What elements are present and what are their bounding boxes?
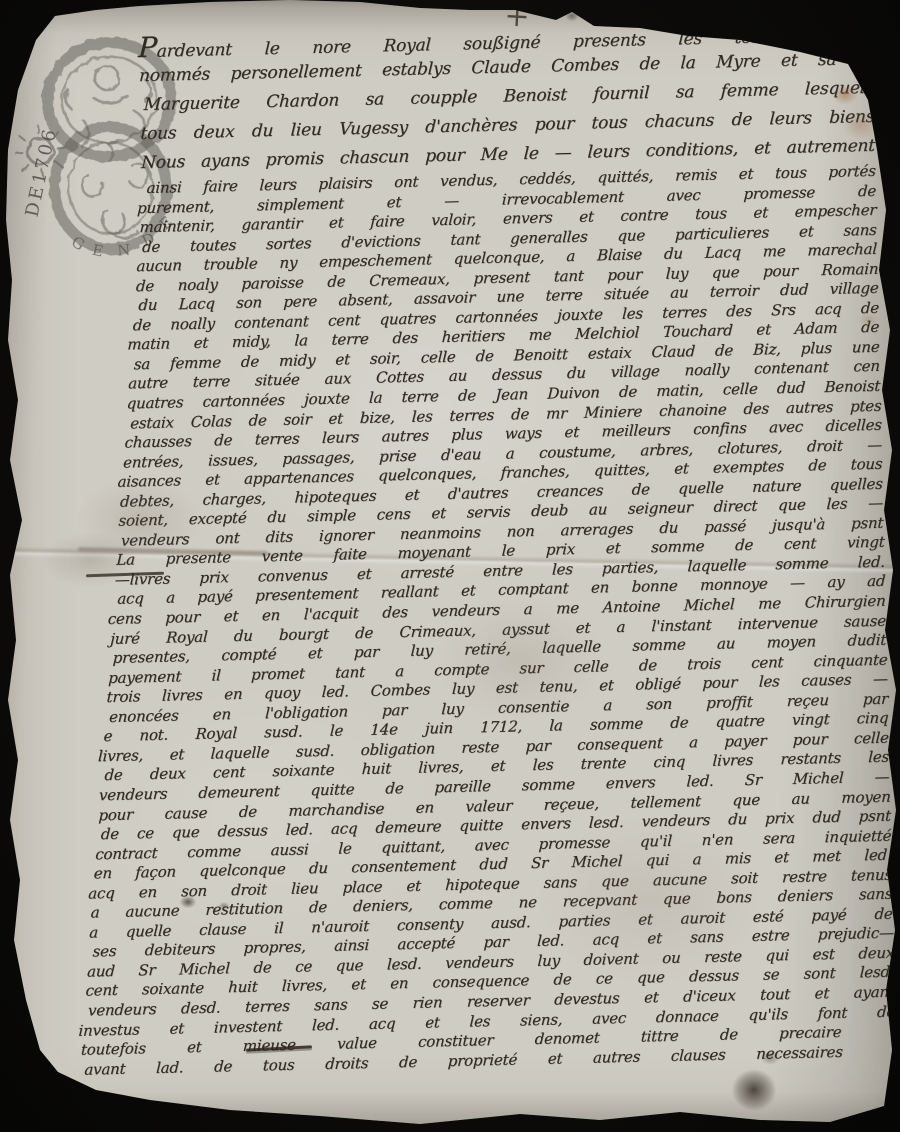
photo-backdrop: { "colors":{ "background":"#0b0a08", "pa… [0,0,900,1132]
manuscript-text: Pardevant le nore Royal soußigné present… [0,16,900,1081]
manuscript-page: + [0,0,900,1132]
